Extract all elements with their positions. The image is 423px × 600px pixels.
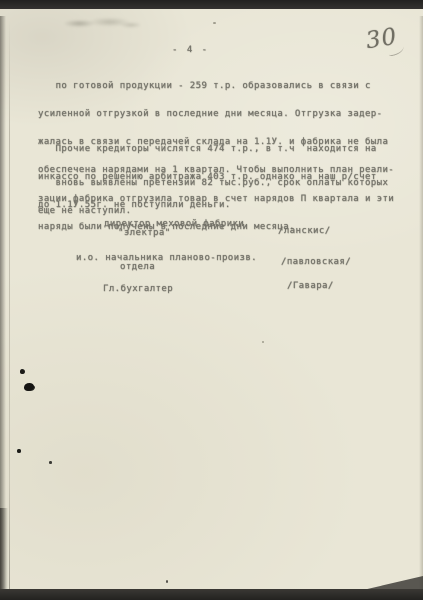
text-line: по готовой продукции - 259 т.р. образова… (38, 82, 394, 91)
text-line: усиленной отгрузкой в последние дни меся… (38, 110, 394, 119)
signature-title-planning-head-line2: отдела (120, 263, 155, 272)
paper-speck (213, 22, 216, 24)
ink-speck (49, 461, 52, 464)
signature-name-planning-head: /павловская/ (281, 258, 351, 267)
paper-speck (262, 341, 264, 343)
paper-left-edge-shadow-bottom (0, 508, 8, 600)
scan-edge-top (0, 0, 423, 9)
document-page: 30 - 4 - по готовой продукции - 259 т.р.… (0, 8, 423, 589)
ink-speck (166, 580, 168, 583)
ink-blot (17, 449, 21, 453)
text-line: Прочие кредиторы числятся 474 т.р., в т.… (38, 145, 377, 154)
signature-name-director: /ланскис/ (278, 227, 331, 236)
text-line: вновь выявлены претензии 82 тыс.руб., ср… (38, 179, 388, 188)
ink-blot (24, 383, 34, 391)
paper-crease (9, 18, 10, 596)
signature-title-planning-head: и.о. начальника планово-произв. (76, 254, 257, 263)
signature-title-director-line2: "электра" (118, 229, 171, 238)
scan-corner-shadow (363, 576, 423, 590)
page-number: - 4 - (172, 46, 209, 55)
paper-right-edge-shadow (419, 16, 423, 597)
signature-name-chief-accountant: /Гавара/ (287, 282, 334, 291)
signature-title-chief-accountant: Гл.бухгалтер (103, 285, 173, 294)
pencil-smudge (64, 16, 140, 31)
scan-edge-bottom (0, 589, 423, 600)
ink-blot (20, 369, 25, 374)
text-line: еще не наступил. (38, 207, 388, 216)
